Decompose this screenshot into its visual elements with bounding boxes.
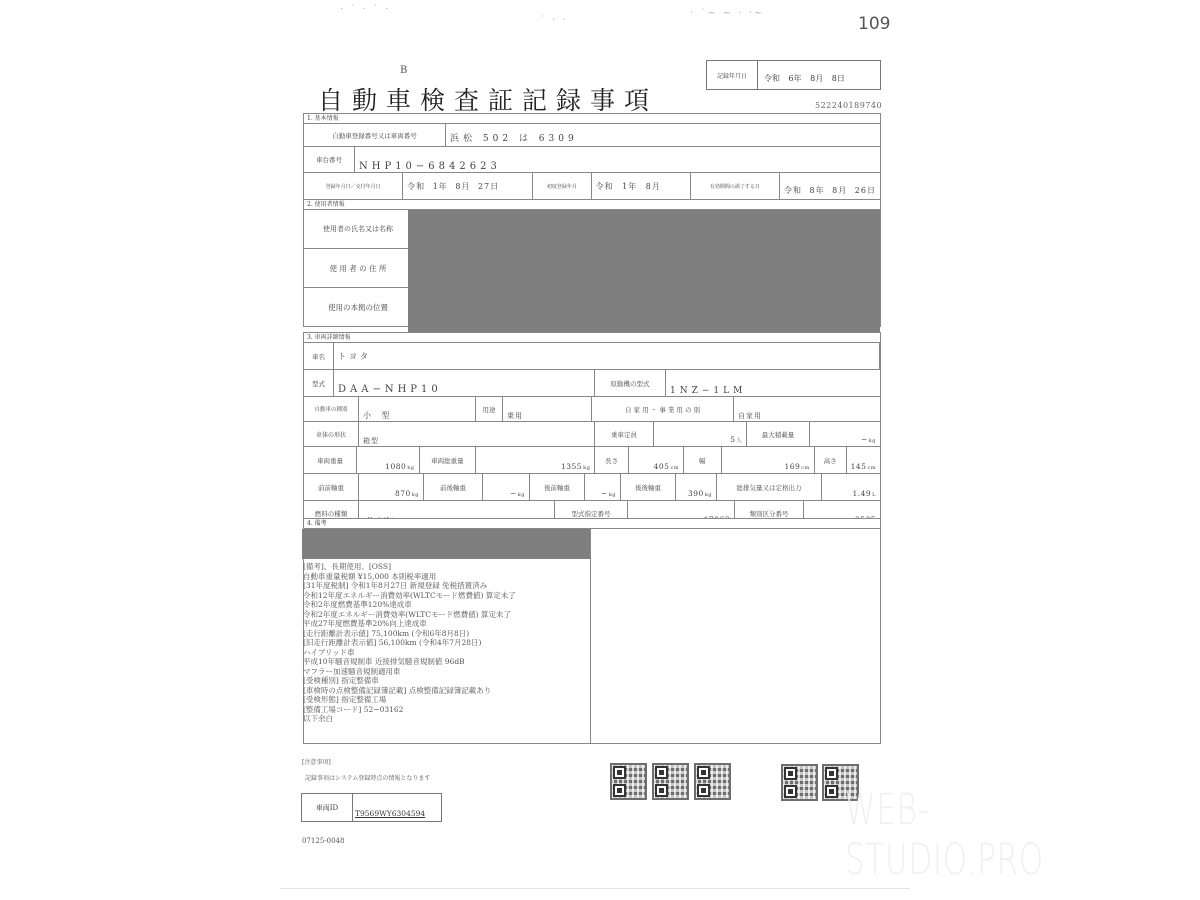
document-title: 自動車検査証記録事項 [318,81,658,117]
bottom-code: 07125-0048 [302,837,344,845]
scan-noise: ˙ · · [540,15,568,26]
section-heading: 4. 備考 [303,518,881,528]
chassis-label: 車台番号 [304,147,355,172]
make-label: 車名 [304,343,334,369]
record-date-value: 令和 6年 8月 8日 [758,61,880,89]
user-name-label: 使用者の氏名又は名称 [304,210,413,248]
vehicle-id-label: 車両ID [302,794,353,821]
qr-code-icon [781,764,818,801]
remarks-line: 自動車重量税額 ¥15,000 本則税率適用 [303,572,591,582]
user-address-label: 使 用 者 の 住 所 [304,249,413,287]
remarks-line: [旧走行距離計表示値] 56,100km (令和4年7月28日) [303,638,591,648]
height-label: 高さ [815,447,847,473]
record-date-label: 記録年月日 [707,61,758,89]
first-reg-label: 登録年月日／交付年月日 [304,173,403,199]
body-shape-value: 箱型 [359,422,595,446]
reg-number-value: 浜松 502 は 6309 [446,124,880,146]
section-heading: 2. 使用者情報 [303,199,881,209]
remarks-line: [走行距離計表示値] 75,100km (令和6年8月8日) [303,629,591,639]
redacted-remarks-header [302,529,590,559]
section-vehicle-details: 3. 車両詳細情報 車名 トヨタ [194] 型式 DAA−NHP10 原動機の… [303,332,881,527]
use-value: 乗用 [503,397,592,421]
remarks-heading: [注意事項] [302,757,331,766]
gross-weight-value: 1355kg [476,447,595,473]
remarks-line: [車検時の点検整備記録簿記載] 点検整備記録簿記載あり [303,686,591,696]
section-basic-info: 1. 基本情報 自動車登録番号又は車両番号 浜松 502 は 6309 車台番号… [303,113,881,200]
rear-rear-axle-value: 390kg [676,474,717,500]
scan-noise: · ˙~ ~ · ·~ [690,8,764,19]
front-rear-axle-value: −kg [483,474,530,500]
model-value: DAA−NHP10 [334,370,595,396]
watermark: WEB-STUDIO.PRO [845,785,1101,885]
rear-front-axle-value: −kg [585,474,621,500]
first-year-value: 令和 1年 8月 [592,173,691,199]
width-label: 幅 [684,447,722,473]
section-heading: 3. 車両詳細情報 [303,332,881,342]
width-value: 169cm [722,447,815,473]
remarks-line: [備考]、長期使用、[OSS] [303,562,591,572]
expiry-value: 令和 8年 8月 26日 [780,173,880,199]
remarks-text: 記録事項はシステム登録時点の情報となります [305,773,430,782]
front-front-axle-value: 870kg [359,474,424,500]
remarks-line: 平成27年度燃費基準20%向上達成車 [303,619,591,629]
remarks-notes: [備考]、長期使用、[OSS]自動車重量税額 ¥15,000 本則税率適用[31… [303,562,591,724]
remarks-line: 平成10年騒音規制車 近接排気騒音規制値 96dB [303,657,591,667]
remarks-line: [受検種別] 指定整備車 [303,676,591,686]
vehicle-type-label: 自動車の種別 [304,397,359,421]
body-shape-label: 車体の形状 [304,422,359,446]
weight-label: 車両重量 [304,447,357,473]
chassis-value: NHP10−6842623 [355,147,880,172]
qr-code-icon [694,763,731,800]
remarks-line: マフラー加速騒音規制適用車 [303,667,591,677]
vehicle-type-value: 小 型 [359,397,476,421]
max-load-label: 最大積載量 [747,422,810,446]
height-value: 145cm [847,447,880,473]
engine-value: 1NZ−1LM [666,370,880,396]
vehicle-id-value: T9569WY6304594 [353,794,441,821]
length-label: 長さ [595,447,629,473]
gross-weight-label: 車両総重量 [420,447,477,473]
vehicle-id-box: 車両ID T9569WY6304594 [301,793,442,822]
reg-number-label: 自動車登録番号又は車両番号 [304,124,446,146]
model-label: 型式 [304,370,334,396]
weight-value: 1080kg [357,447,420,473]
max-load-value: −kg [810,422,880,446]
private-business-label: 自 家 用 ・ 事 業 用 の 別 [592,397,734,421]
first-year-label: 初度登録年月 [533,173,592,199]
remarks-line: 以下余白 [303,714,591,724]
qr-code-icon [652,763,689,800]
remarks-line: ハイブリッド車 [303,648,591,658]
record-date-box: 記録年月日 令和 6年 8月 8日 [706,60,881,90]
capacity-label: 乗車定員 [595,422,654,446]
rear-rear-axle-label: 後後軸重 [621,474,676,500]
qr-code-icon [610,763,647,800]
capacity-value: 5人 [654,422,747,446]
displacement-value: 1.49L [822,474,880,500]
remarks-line: [31年度税制] 令和1年8月27日 新規登録 免税措置済み [303,581,591,591]
b-mark: B [400,65,407,76]
handwritten-number: 109 [858,14,890,34]
length-value: 405cm [629,447,684,473]
expiry-label: 有効期間の満了する日 [691,173,780,199]
front-front-axle-label: 前前軸重 [304,474,359,500]
make-value: トヨタ [334,343,880,369]
base-location-label: 使用の本拠の位置 [304,288,413,326]
engine-label: 原動機の型式 [595,370,666,396]
private-business-value: 自家用 [734,397,880,421]
front-rear-axle-label: 前後軸重 [424,474,483,500]
displacement-label: 総排気量又は定格出力 [717,474,822,500]
remarks-line: 令和12年度エネルギー消費効率(WLTCモード燃費値) 算定未了 [303,591,591,601]
remarks-line: [受検形態] 指定整備工場 [303,695,591,705]
first-reg-value: 令和 1年 8月 27日 [403,173,533,199]
document-number: 522240189740 [815,101,882,110]
remarks-line: 令和2年度エネルギー消費効率(WLTCモード燃費値) 算定未了 [303,610,591,620]
scan-noise: · ˙ · ˙ · [340,4,390,15]
remarks-line: 令和2年度燃費基準120%達成車 [303,600,591,610]
remarks-line: [整備工場コード] 52−03162 [303,705,591,715]
section-heading: 1. 基本情報 [303,113,881,123]
redacted-user-info [408,210,880,332]
rear-front-axle-label: 後前軸重 [530,474,585,500]
use-label: 用途 [476,397,503,421]
